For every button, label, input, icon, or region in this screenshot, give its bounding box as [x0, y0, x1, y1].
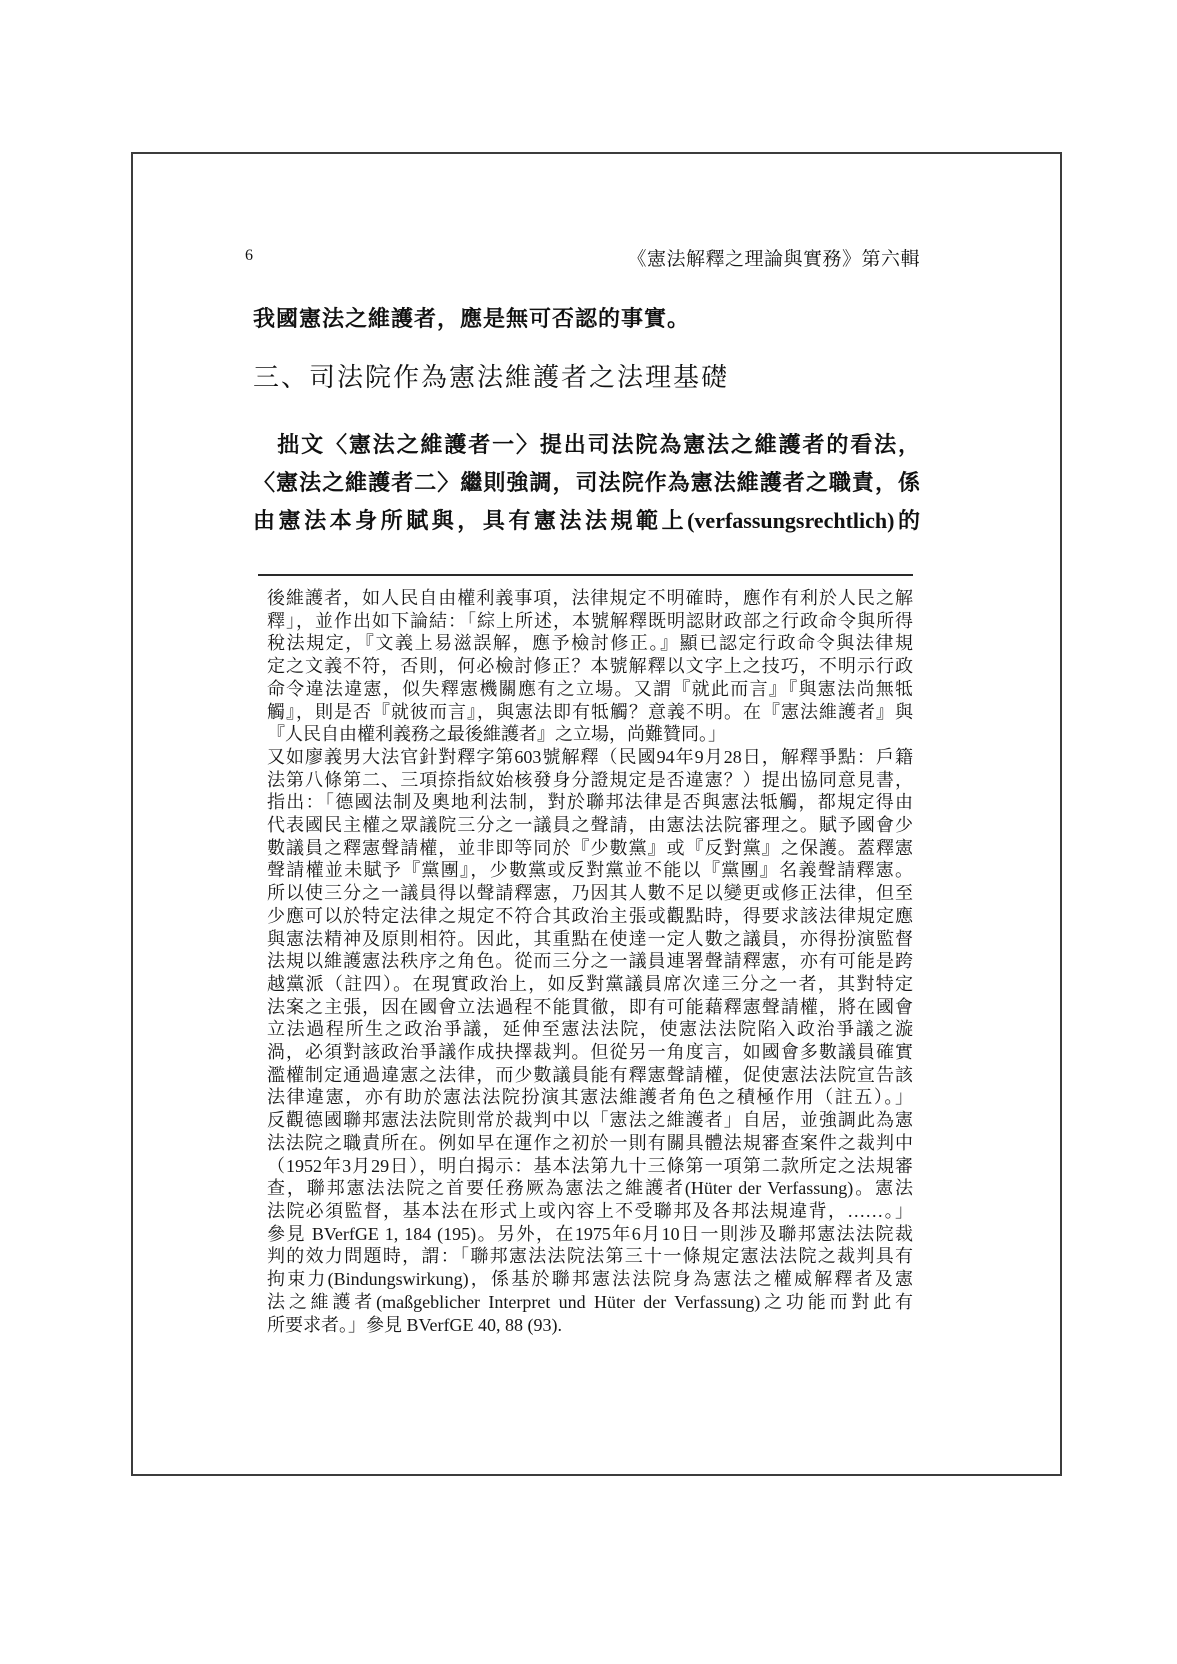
- footnote-line: 法律違憲，亦有助於憲法法院扮演其憲法維護者角色之積極作用（註五）。」: [267, 1086, 913, 1109]
- footnote-line: 聲請權並未賦予『黨團』，少數黨或反對黨並不能以『黨團』名義聲請釋憲。: [267, 859, 913, 882]
- footnote-line: 立法過程所生之政治爭議，延伸至憲法法院，使憲法法院陷入政治爭議之漩: [267, 1018, 913, 1041]
- paragraph-line: 由憲法本身所賦與，具有憲法法規範上(verfassungsrechtlich)的: [253, 502, 920, 540]
- footnote-line: 法第八條第二、三項捺指紋始核發身分證規定是否違憲？）提出協同意見書，: [267, 769, 913, 792]
- footnote-line: 越黨派（註四）。在現實政治上，如反對黨議員席次達三分之一者，其對特定: [267, 973, 913, 996]
- footnote-line: 又如廖義男大法官針對釋字第603號解釋（民國94年9月28日，解釋爭點：戶籍: [267, 746, 913, 769]
- paragraph-line: 〈憲法之維護者二〉繼則強調，司法院作為憲法維護者之職責，係: [253, 464, 920, 502]
- book-title: 《憲法解釋之理論與實務》第六輯: [627, 244, 920, 271]
- section-heading: 三、司法院作為憲法維護者之法理基礎: [253, 358, 920, 398]
- footnote-line: 觸』，則是否『就彼而言』，與憲法即有牴觸？意義不明。在『憲法維護者』與: [267, 701, 913, 724]
- opening-paragraph: 我國憲法之維護者，應是無可否認的事實。: [253, 300, 920, 338]
- paragraph-line: 拙文〈憲法之維護者一〉提出司法院為憲法之維護者的看法，: [253, 426, 920, 464]
- page-header: 6 《憲法解釋之理論與實務》第六輯: [245, 244, 920, 270]
- footnote-line: 釋」，並作出如下論結：「綜上所述，本號解釋既明認財政部之行政命令與所得: [267, 610, 913, 633]
- footnote-line: 法之維護者(maßgeblicher Interpret und Hüter d…: [267, 1291, 913, 1314]
- footnote-line: 所要求者。」參見 BVerfGE 40, 88 (93).: [267, 1314, 913, 1337]
- footnote-line: 查，聯邦憲法法院之首要任務厥為憲法之維護者(Hüter der Verfassu…: [267, 1177, 913, 1200]
- footnote-separator: [258, 574, 913, 576]
- footnote-line: 後維護者，如人民自由權利義事項，法律規定不明確時，應作有利於人民之解: [267, 587, 913, 610]
- footnote-line: 與憲法精神及原則相符。因此，其重點在使達一定人數之議員，亦得扮演監督: [267, 928, 913, 951]
- footnote-line: 稅法規定，『文義上易滋誤解，應予檢討修正。』顯已認定行政命令與法律規: [267, 632, 913, 655]
- footnote-line: 法規以維護憲法秩序之角色。從而三分之一議員連署聲請釋憲，亦有可能是跨: [267, 950, 913, 973]
- footnote-line: 參見 BVerfGE 1, 184 (195)。另外，在1975年6月10日一則…: [267, 1223, 913, 1246]
- footnote-block: 後維護者，如人民自由權利義事項，法律規定不明確時，應作有利於人民之解釋」，並作出…: [267, 587, 913, 1336]
- footnote-line: 濫權制定通過違憲之法律，而少數議員能有釋憲聲請權，促使憲法法院宣告該: [267, 1064, 913, 1087]
- footnote-line: 渦，必須對該政治爭議作成抉擇裁判。但從另一角度言，如國會多數議員確實: [267, 1041, 913, 1064]
- footnote-line: （1952年3月29日），明白揭示：基本法第九十三條第一項第二款所定之法規審: [267, 1155, 913, 1178]
- footnote-line: 數議員之釋憲聲請權，並非即等同於『少數黨』或『反對黨』之保護。蓋釋憲: [267, 837, 913, 860]
- footnote-line: 命令違法違憲，似失釋憲機關應有之立場。又謂『就此而言』『與憲法尚無牴: [267, 678, 913, 701]
- footnote-line: 法院必須監督，基本法在形式上或內容上不受聯邦及各邦法規違背，……。」: [267, 1200, 913, 1223]
- footnote-line: 『人民自由權利義務之最後維護者』之立場，尚難贊同。」: [267, 723, 913, 746]
- footnote-line: 定之文義不符，否則，何必檢討修正？本號解釋以文字上之技巧，不明示行政: [267, 655, 913, 678]
- footnote-line: 法法院之職責所在。例如早在運作之初於一則有關具體法規審查案件之裁判中: [267, 1132, 913, 1155]
- page-sheet: 6 《憲法解釋之理論與實務》第六輯 我國憲法之維護者，應是無可否認的事實。 三、…: [131, 152, 1062, 1476]
- footnote-line: 拘束力(Bindungswirkung)，係基於聯邦憲法法院身為憲法之權威解釋者…: [267, 1268, 913, 1291]
- footnote-line: 少應可以於特定法律之規定不符合其政治主張或觀點時，得要求該法律規定應: [267, 905, 913, 928]
- footnote-line: 指出：「德國法制及奧地利法制，對於聯邦法律是否與憲法牴觸，都規定得由: [267, 791, 913, 814]
- footnote-line: 判的效力問題時，謂：「聯邦憲法法院法第三十一條規定憲法法院之裁判具有: [267, 1245, 913, 1268]
- page-background: 6 《憲法解釋之理論與實務》第六輯 我國憲法之維護者，應是無可否認的事實。 三、…: [0, 0, 1177, 1664]
- footnote-line: 代表國民主權之眾議院三分之一議員之聲請，由憲法法院審理之。賦予國會少: [267, 814, 913, 837]
- footnote-line: 法案之主張，因在國會立法過程不能貫徹，即有可能藉釋憲聲請權，將在國會: [267, 996, 913, 1019]
- page-number: 6: [245, 247, 254, 265]
- footnote-line: 反觀德國聯邦憲法法院則常於裁判中以「憲法之維護者」自居，並強調此為憲: [267, 1109, 913, 1132]
- footnote-line: 所以使三分之一議員得以聲請釋憲，乃因其人數不足以變更或修正法律，但至: [267, 882, 913, 905]
- body-paragraph: 拙文〈憲法之維護者一〉提出司法院為憲法之維護者的看法，〈憲法之維護者二〉繼則強調…: [253, 426, 920, 540]
